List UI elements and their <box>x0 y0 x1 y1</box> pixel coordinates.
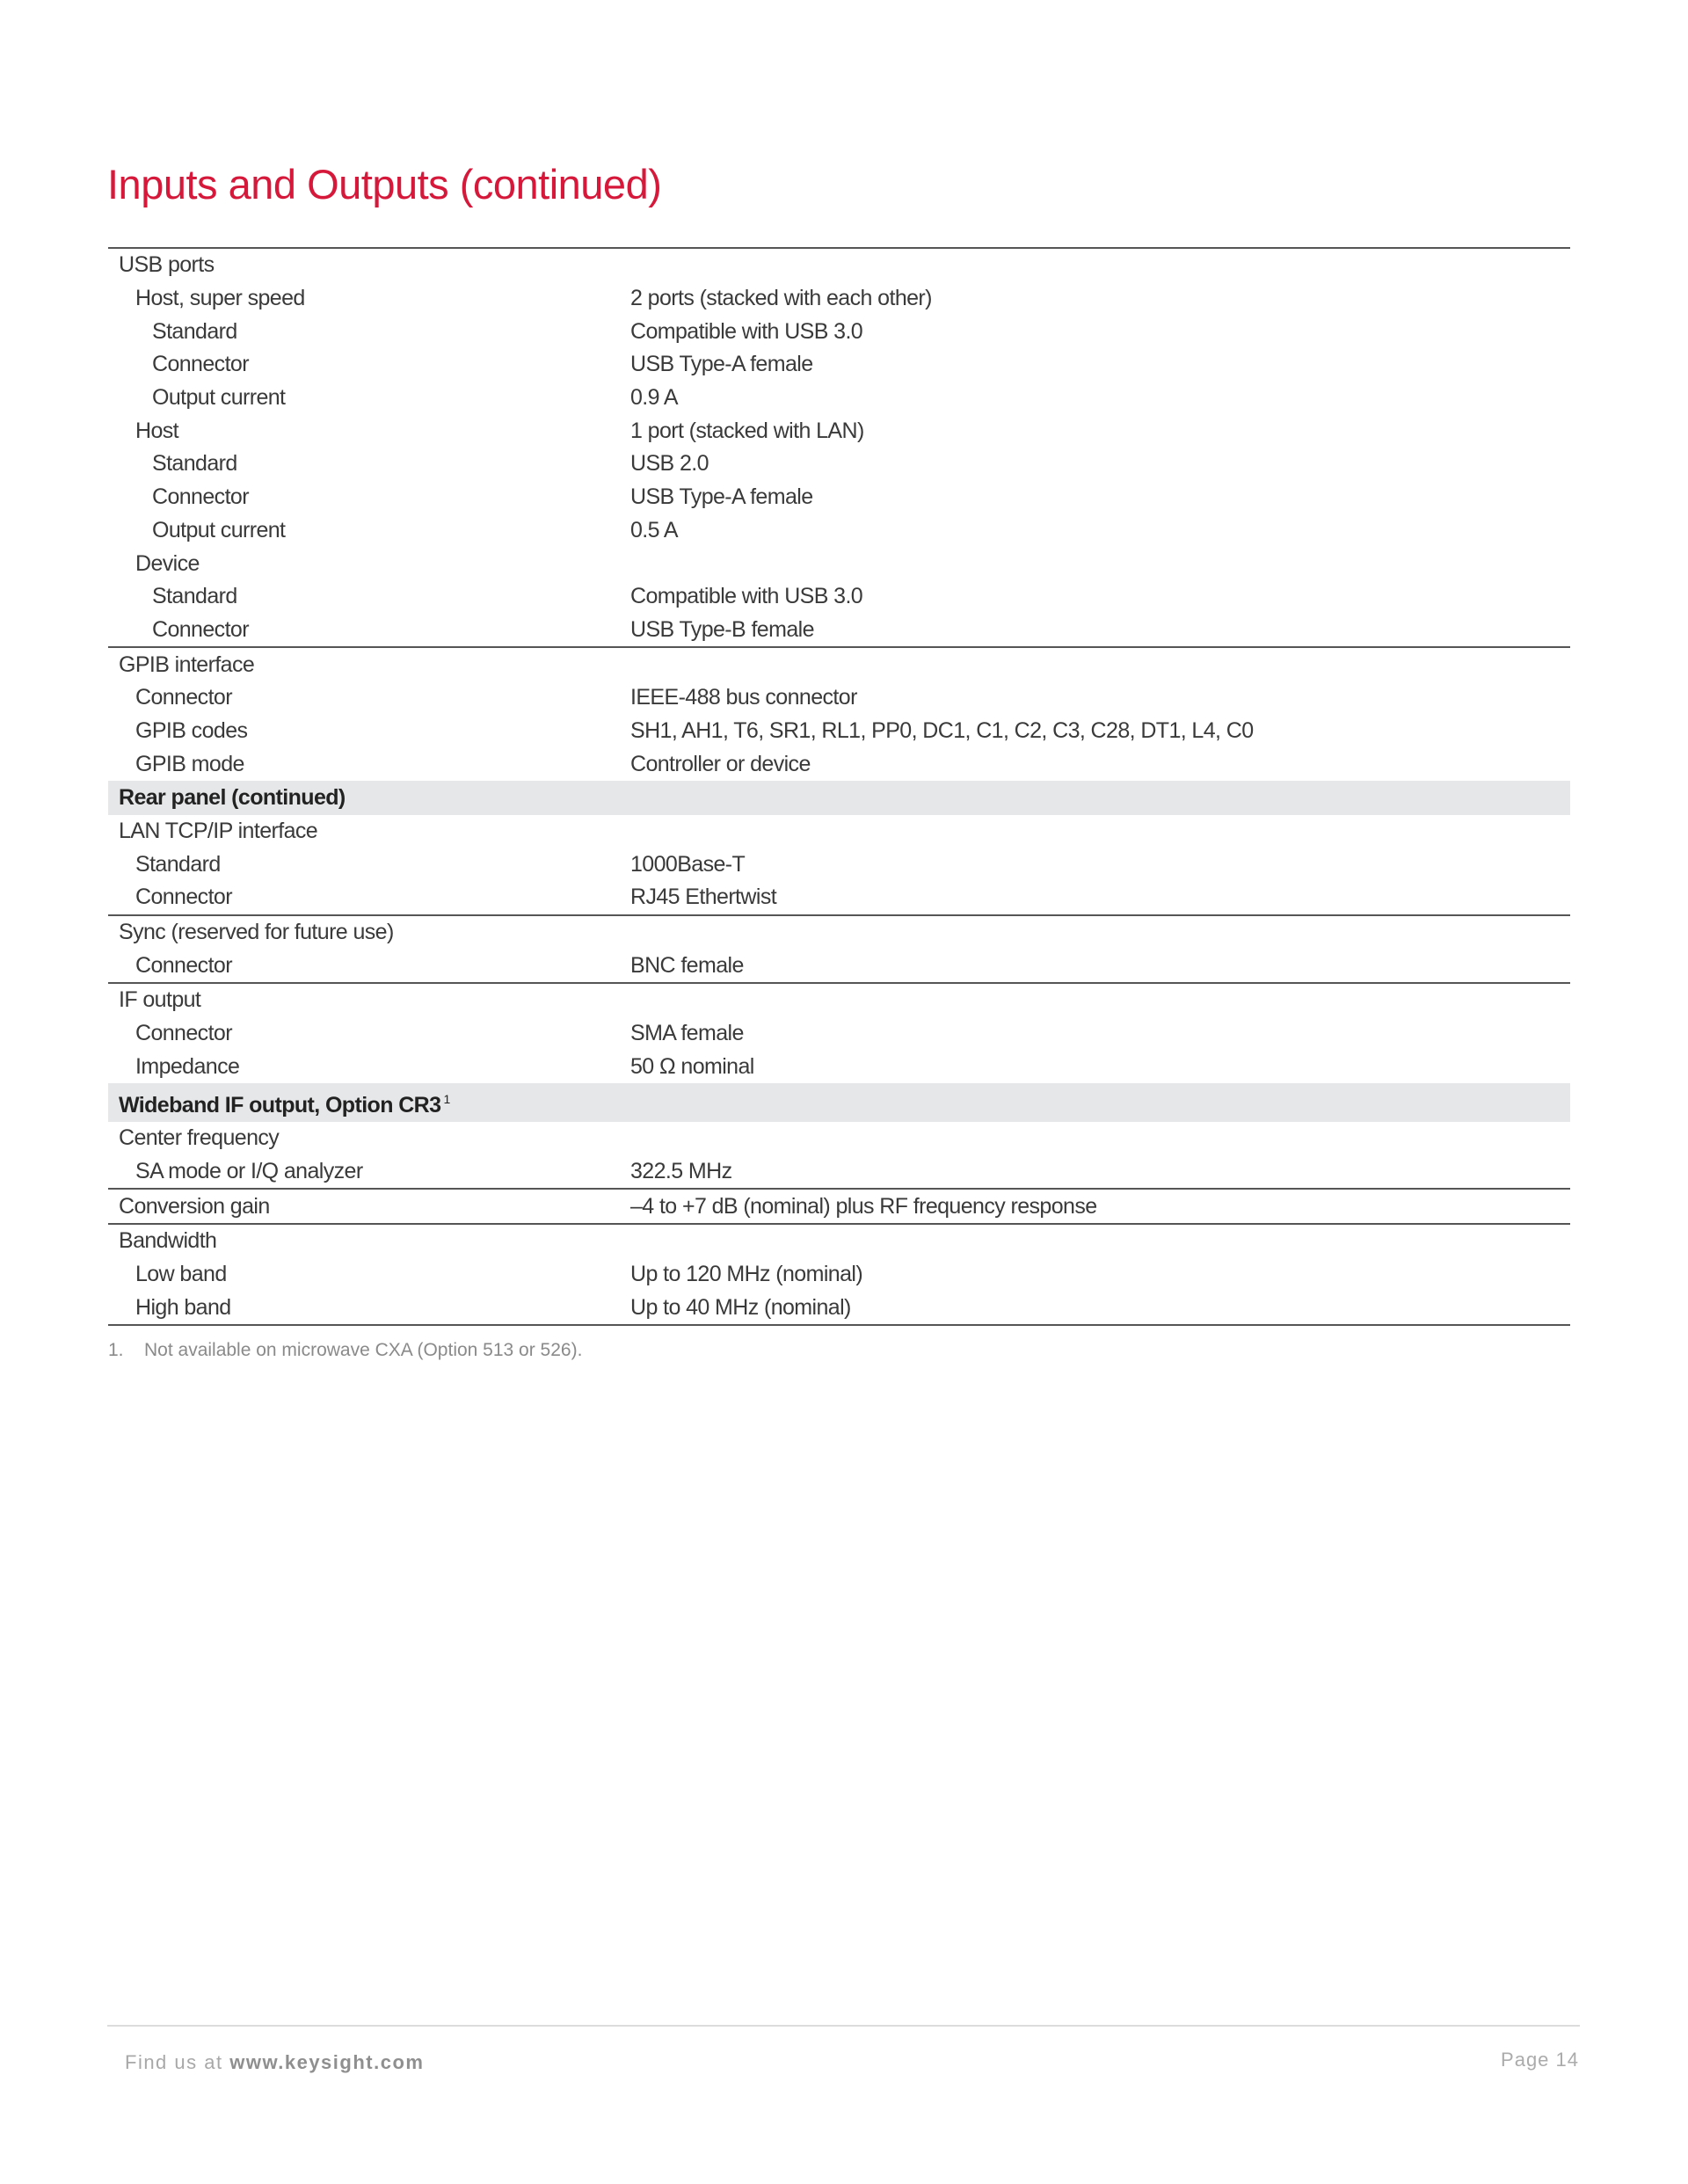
spec-value: 50 Ω nominal <box>630 1050 1570 1083</box>
spec-row: Host, super speed2 ports (stacked with e… <box>108 282 1570 316</box>
spec-label: Impedance <box>108 1050 630 1083</box>
spec-row: Host1 port (stacked with LAN) <box>108 414 1570 448</box>
spec-value <box>630 915 1570 950</box>
spec-row: Sync (reserved for future use) <box>108 915 1570 950</box>
spec-value: Up to 120 MHz (nominal) <box>630 1258 1570 1292</box>
section-header-row: Rear panel (continued) <box>108 781 1570 815</box>
spec-row: Low bandUp to 120 MHz (nominal) <box>108 1258 1570 1292</box>
spec-table: USB portsHost, super speed2 ports (stack… <box>108 247 1570 1326</box>
spec-label: Center frequency <box>108 1122 630 1155</box>
spec-value <box>630 1122 1570 1155</box>
spec-row: Bandwidth <box>108 1224 1570 1258</box>
footer-find-us: Find us at www.keysight.com <box>125 2051 424 2074</box>
footnote-text: Not available on microwave CXA (Option 5… <box>144 1340 582 1360</box>
footnote: 1.Not available on microwave CXA (Option… <box>108 1340 582 1361</box>
footer-url-link[interactable]: www.keysight.com <box>229 2051 424 2073</box>
spec-label: Host <box>108 414 630 448</box>
spec-label: GPIB mode <box>108 747 630 781</box>
spec-value: 0.5 A <box>630 514 1570 548</box>
spec-row: GPIB codesSH1, AH1, T6, SR1, RL1, PP0, D… <box>108 715 1570 748</box>
spec-label: Conversion gain <box>108 1189 630 1224</box>
page-number: Page 14 <box>1501 2049 1579 2071</box>
spec-value: Compatible with USB 3.0 <box>630 580 1570 614</box>
spec-label: GPIB codes <box>108 715 630 748</box>
section-header-row: Wideband IF output, Option CR31 <box>108 1083 1570 1122</box>
spec-row: Center frequency <box>108 1122 1570 1155</box>
spec-label: Device <box>108 547 630 580</box>
spec-value: RJ45 Ethertwist <box>630 881 1570 915</box>
spec-value: 1 port (stacked with LAN) <box>630 414 1570 448</box>
spec-label: Connector <box>108 949 630 983</box>
spec-label: GPIB interface <box>108 647 630 681</box>
spec-value: USB Type-B female <box>630 614 1570 648</box>
spec-value: SH1, AH1, T6, SR1, RL1, PP0, DC1, C1, C2… <box>630 715 1570 748</box>
section-header-text: Rear panel (continued) <box>119 785 346 810</box>
spec-row: StandardCompatible with USB 3.0 <box>108 315 1570 348</box>
spec-label: Bandwidth <box>108 1224 630 1258</box>
spec-row: ConnectorIEEE-488 bus connector <box>108 681 1570 715</box>
spec-row: GPIB interface <box>108 647 1570 681</box>
footnote-marker: 1 <box>443 1092 449 1106</box>
spec-row: LAN TCP/IP interface <box>108 815 1570 848</box>
spec-row: GPIB modeController or device <box>108 747 1570 781</box>
spec-label: Sync (reserved for future use) <box>108 915 630 950</box>
spec-label: Host, super speed <box>108 282 630 316</box>
spec-value: Up to 40 MHz (nominal) <box>630 1291 1570 1325</box>
section-header-label: Wideband IF output, Option CR31 <box>108 1083 1570 1122</box>
spec-value <box>630 983 1570 1017</box>
spec-label: Connector <box>108 348 630 382</box>
spec-label: High band <box>108 1291 630 1325</box>
spec-row: IF output <box>108 983 1570 1017</box>
spec-label: Standard <box>108 580 630 614</box>
spec-value: Controller or device <box>630 747 1570 781</box>
footer-divider <box>107 2025 1580 2027</box>
spec-label: LAN TCP/IP interface <box>108 815 630 848</box>
spec-row: Output current0.5 A <box>108 514 1570 548</box>
spec-value: USB Type-A female <box>630 481 1570 514</box>
spec-label: Connector <box>108 1017 630 1051</box>
spec-row: SA mode or I/Q analyzer322.5 MHz <box>108 1155 1570 1190</box>
spec-label: Standard <box>108 448 630 481</box>
spec-label: Connector <box>108 481 630 514</box>
spec-label: Standard <box>108 315 630 348</box>
spec-label: SA mode or I/Q analyzer <box>108 1155 630 1190</box>
spec-row: High bandUp to 40 MHz (nominal) <box>108 1291 1570 1325</box>
spec-label: Connector <box>108 881 630 915</box>
spec-row: ConnectorBNC female <box>108 949 1570 983</box>
spec-row: ConnectorSMA female <box>108 1017 1570 1051</box>
spec-row: Output current0.9 A <box>108 382 1570 415</box>
spec-row: Standard1000Base-T <box>108 848 1570 881</box>
section-header-text: Wideband IF output, Option CR3 <box>119 1093 440 1117</box>
spec-value: 2 ports (stacked with each other) <box>630 282 1570 316</box>
spec-value: BNC female <box>630 949 1570 983</box>
spec-value: –4 to +7 dB (nominal) plus RF frequency … <box>630 1189 1570 1224</box>
spec-label: IF output <box>108 983 630 1017</box>
spec-value: USB 2.0 <box>630 448 1570 481</box>
spec-label: USB ports <box>108 248 630 282</box>
spec-value: USB Type-A female <box>630 348 1570 382</box>
spec-value <box>630 815 1570 848</box>
spec-label: Standard <box>108 848 630 881</box>
spec-row: Conversion gain–4 to +7 dB (nominal) plu… <box>108 1189 1570 1224</box>
spec-value <box>630 647 1570 681</box>
spec-row: ConnectorUSB Type-B female <box>108 614 1570 648</box>
spec-label: Output current <box>108 514 630 548</box>
spec-value: 1000Base-T <box>630 848 1570 881</box>
footer-prefix: Find us at <box>125 2051 229 2073</box>
section-header-label: Rear panel (continued) <box>108 781 1570 815</box>
spec-value <box>630 248 1570 282</box>
spec-value: Compatible with USB 3.0 <box>630 315 1570 348</box>
spec-row: StandardUSB 2.0 <box>108 448 1570 481</box>
spec-row: Impedance50 Ω nominal <box>108 1050 1570 1083</box>
spec-label: Low band <box>108 1258 630 1292</box>
page-title: Inputs and Outputs (continued) <box>107 160 661 208</box>
spec-table-body: USB portsHost, super speed2 ports (stack… <box>108 248 1570 1325</box>
spec-value <box>630 1224 1570 1258</box>
spec-row: USB ports <box>108 248 1570 282</box>
spec-value <box>630 547 1570 580</box>
spec-value: SMA female <box>630 1017 1570 1051</box>
spec-row: StandardCompatible with USB 3.0 <box>108 580 1570 614</box>
footnote-number: 1. <box>108 1340 144 1361</box>
spec-row: ConnectorUSB Type-A female <box>108 481 1570 514</box>
spec-label: Connector <box>108 681 630 715</box>
spec-label: Output current <box>108 382 630 415</box>
spec-row: ConnectorUSB Type-A female <box>108 348 1570 382</box>
spec-label: Connector <box>108 614 630 648</box>
spec-value: IEEE-488 bus connector <box>630 681 1570 715</box>
spec-value: 322.5 MHz <box>630 1155 1570 1190</box>
spec-value: 0.9 A <box>630 382 1570 415</box>
spec-row: Device <box>108 547 1570 580</box>
spec-row: ConnectorRJ45 Ethertwist <box>108 881 1570 915</box>
